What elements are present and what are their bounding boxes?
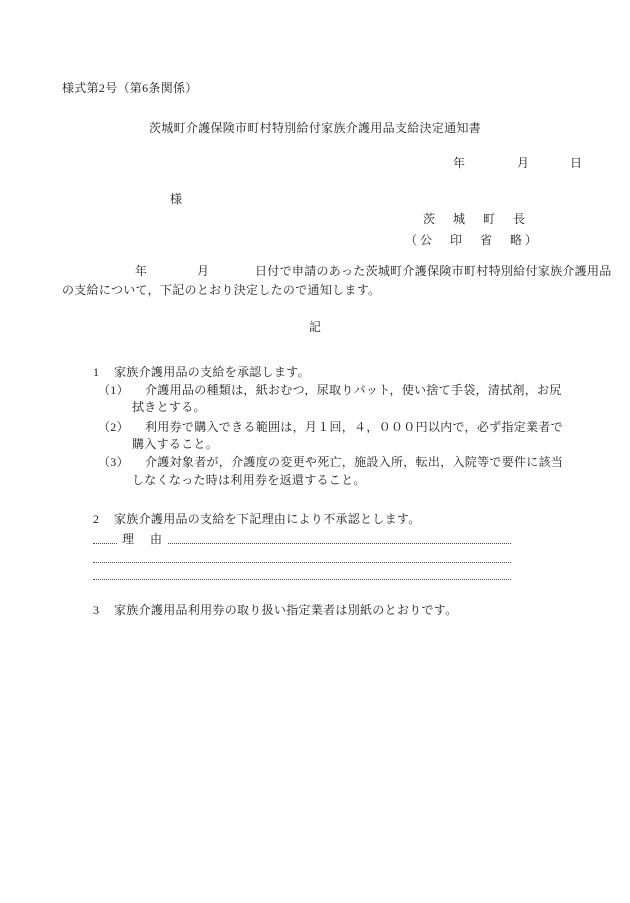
- item-2-text: 家族介護用品の支給を下記理由により不承認とします。: [114, 512, 421, 527]
- item-1-number: 1: [93, 365, 99, 380]
- paragraph-year-label: 年: [135, 264, 147, 279]
- form-number: 様式第2号（第6条関係）: [62, 81, 198, 96]
- addressee-honorific: 様: [170, 192, 182, 207]
- date-year-label: 年: [453, 156, 465, 171]
- item-1-sub-2-label: （2）: [98, 420, 129, 435]
- record-marker: 記: [0, 320, 630, 335]
- paragraph-line2: の支給について，下記のとおり決定したので通知します。: [62, 283, 380, 298]
- item-1-sub-1-line-1: 介護用品の種類は，紙おむつ，尿取りパット，使い捨て手袋，清拭剤，お尻: [145, 383, 562, 398]
- reason-label: 理 由: [118, 530, 168, 547]
- item-3-text: 家族介護用品利用券の取り扱い指定業者は別紙のとおりです。: [114, 603, 457, 618]
- reason-fill-line-3: [93, 579, 511, 580]
- item-1-sub-3-line-2: しなくなった時は利用券を返還すること。: [132, 473, 366, 488]
- item-1-sub-3-line-1: 介護対象者が，介護度の変更や死亡，施設入所，転出，入院等で要件に該当: [145, 455, 563, 470]
- sender-name: 茨 城 町 長: [423, 212, 528, 227]
- item-3-number: 3: [93, 603, 99, 618]
- date-day-label: 日: [570, 156, 582, 171]
- document-title: 茨城町介護保険市町村特別給付家族介護用品支給決定通知書: [0, 121, 630, 136]
- paragraph-line1: 日付で申請のあった茨城町介護保険市町村特別給付家族介護用品: [255, 264, 612, 279]
- date-month-label: 月: [517, 156, 529, 171]
- sender-seal-note: （公 印 省 略）: [405, 233, 540, 248]
- document-page: 様式第2号（第6条関係） 茨城町介護保険市町村特別給付家族介護用品支給決定通知書…: [0, 0, 630, 903]
- item-2-number: 2: [93, 512, 99, 527]
- paragraph-month-label: 月: [197, 264, 209, 279]
- item-1-sub-2-line-2: 購入すること。: [132, 437, 218, 452]
- reason-fill-line-2: [93, 562, 511, 563]
- item-1-sub-2-line-1: 利用券で購入できる範囲は，月１回，４，０００円以内で，必ず指定業者で: [145, 420, 563, 435]
- item-1-sub-1-label: （1）: [98, 383, 129, 398]
- item-1-sub-3-label: （3）: [98, 455, 129, 470]
- item-1-sub-1-line-2: 拭きとする。: [132, 400, 206, 415]
- item-1-text: 家族介護用品の支給を承認します。: [114, 365, 310, 380]
